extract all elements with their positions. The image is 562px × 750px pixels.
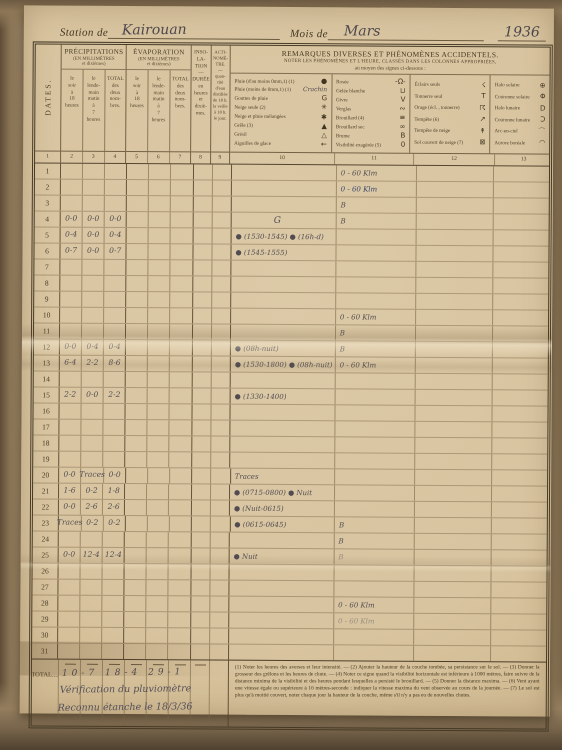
cell-ins [193,308,212,323]
legend-item-symbol-icon: ⌒ [538,128,545,135]
cell-r12 [415,390,493,405]
month-label: Mois de [290,28,328,40]
cell-p3 [104,404,126,419]
cell-r13 [493,390,548,405]
legend-item: Arc-en-ciel⌒ [494,128,545,135]
cell-p3: 8-6 [104,356,126,371]
handwritten-entry: 0-0 [64,342,76,351]
cell-p2 [82,404,104,419]
date-number: 4 [35,211,61,226]
cell-r12 [415,518,493,533]
handwritten-entry: 0 - 60 Klm [340,361,377,369]
total-cell [210,661,229,727]
precip-col3-header: TOTAL des deux nom- bres. [105,70,126,151]
date-number-text: 25 [41,550,49,559]
cell-r13 [493,406,548,421]
cell-p1: 1-6 [59,484,81,499]
handwritten-entry: 2-2 [64,390,76,399]
precip-title: PRÉCIPITATIONS [62,45,126,56]
handwritten-entry: 0-0 [109,470,121,479]
cell-r13 [492,550,547,565]
insolation-header: INSO- LA- TION — DURÉE en heures et dixi… [191,45,211,163]
date-number-text: 21 [42,486,50,495]
month-field: Mars [328,23,484,41]
date-number-text: 9 [45,295,49,304]
cell-r11 [336,229,416,244]
cell-p1: 6-4 [60,356,82,371]
cell-e1 [127,260,149,275]
cell-e2 [149,212,171,227]
cell-e3 [169,548,191,563]
date-number-text: 8 [45,279,49,288]
cell-r11: B [337,197,417,212]
cell-p2: 2-2 [82,356,104,371]
handwritten-entry: 0-0 [87,246,99,255]
legend-item-label: Neige et pluie mélangées [234,114,285,120]
legend-item: Éclairs seuls☇ [415,81,486,88]
legend-item-label: Givre [336,97,348,103]
cell-act [210,629,229,644]
cell-e1 [125,580,147,595]
cell-e2 [148,468,170,483]
col-number-3: 3 [83,152,105,163]
cell-r11 [334,645,414,660]
cell-e3 [170,340,192,355]
date-number: 17 [33,419,59,434]
cell-r13 [492,582,547,597]
cell-act [212,261,231,276]
cell-r13 [492,502,547,517]
cell-r12 [415,486,493,501]
date-number: 31 [32,643,58,658]
handwritten-entry: ● (1530-1545) ● (16h-d) [236,232,324,241]
cell-p3 [102,612,124,627]
cell-p3 [104,292,126,307]
cell-r10: ● (1530-1800) ● (08h-nuit) [231,357,336,373]
cell-p1 [60,292,82,307]
cell-r13 [494,166,549,181]
cell-e1 [125,500,147,515]
cell-act [212,357,231,372]
date-number: 15 [34,387,60,402]
cell-r13 [492,486,547,501]
cell-act [212,229,231,244]
cell-r13 [492,598,547,613]
cell-e3 [169,532,191,547]
cell-e2 [147,596,169,611]
cell-r13 [492,566,547,581]
cell-p3 [104,276,126,291]
cell-e1 [125,548,147,563]
legend-item-label: Verglas [336,106,351,112]
date-number-text: 3 [45,199,49,208]
cell-r11 [335,469,415,484]
cell-p3 [105,196,127,211]
cell-e2 [148,308,170,323]
cell-r13 [493,342,548,357]
cell-p1 [58,612,80,627]
cell-r10: G [232,213,337,229]
cell-e3 [170,372,192,387]
date-number: 7 [34,259,60,274]
cell-r11 [334,629,414,644]
cell-p3 [102,644,124,659]
handwritten-entry: ● (1545-1555) [236,248,288,256]
total-values-handwritten: 10-7 18-4 29-1 [62,667,184,678]
cell-ins [192,404,211,419]
legend-item-symbol-icon: 0 [401,142,406,149]
cell-r12 [416,230,494,245]
cell-r11: B [336,325,416,340]
cell-r10 [232,165,337,181]
legend-item: Grésil△ [234,131,327,139]
cell-e2 [147,564,169,579]
legend-item-label: Éclairs seuls [415,82,441,88]
handwritten-entry: 0 - 60 Klm [341,185,378,193]
cell-act [211,533,230,548]
cell-r13 [494,182,549,197]
handwritten-entry: ● (08h-nuit) [235,344,279,352]
cell-r12 [414,550,492,565]
cell-r10 [229,581,334,597]
cell-ins [194,164,213,179]
cell-r13 [493,454,548,469]
legend-item: Tempête (6)↗ [414,116,485,123]
cell-e1 [125,532,147,547]
cell-p2: 0-4 [82,340,104,355]
date-number-text: 18 [42,438,50,447]
cell-act [210,597,229,612]
legend-item-label: Brouillard sec [336,124,365,130]
cell-ins [192,420,211,435]
legend-item: Gelée blanche⊔ [336,87,405,94]
cell-p3: 0-4 [104,340,126,355]
date-number: 19 [33,451,59,466]
station-field: Kairouan [108,22,280,40]
station-label: Station de [60,27,108,39]
precip-subtitle: (EN MILLIMÈTRES et dixièmes) [62,56,126,69]
handwritten-entry: 0-7 [109,246,121,255]
cell-r10 [231,405,336,421]
col-dates-header: DATES. 1 [35,44,62,162]
cell-e3 [171,180,193,195]
legend-column-numbers: 10111213 [230,152,549,166]
cell-p3 [102,628,124,643]
cell-r10 [231,277,336,293]
cell-e1 [126,340,148,355]
date-number-text: 11 [43,327,50,336]
cell-p2: 0-0 [83,212,105,227]
legend-item-label: Pluie (moins de 0mm,1) (1) [234,87,290,93]
cell-p2 [80,596,102,611]
legend-item-symbol-icon: ✳ [321,105,327,112]
cell-p2 [82,372,104,387]
handwritten-entry: Traces [79,470,105,479]
cell-p3: 0-2 [104,516,126,531]
date-number: 16 [33,403,59,418]
cell-r10 [229,613,334,629]
month-value-handwritten: Mars [328,23,397,39]
legend-item-symbol-icon: ∞ [399,124,405,131]
handwritten-entry: ● Nuit [234,552,258,560]
legend-item-symbol-icon: Crachin [303,87,327,93]
cell-r13 [493,326,548,341]
legend-item: Visibilité exagérée (5)0 [336,141,405,148]
cell-r10: ● (1530-1545) ● (16h-d) [232,229,337,245]
legend-item-label: Aurore boréale [494,140,525,146]
col-number-5: 5 [126,152,148,163]
legend-item-label: Halo lunaire [495,105,520,111]
date-number-text: 28 [41,598,49,607]
cell-r10 [231,325,336,341]
cell-ins [192,356,211,371]
cell-r10 [230,453,335,469]
cell-e1 [127,180,149,195]
col-number-12: 12 [414,154,495,165]
cell-r10: ● (1545-1555) [231,245,336,261]
cell-ins [193,276,212,291]
legend-item: Couronne lunaireϽ [495,117,546,124]
cell-e3 [170,420,192,435]
date-number: 8 [34,275,60,290]
cell-p2: 2-6 [81,500,103,515]
cell-p3 [103,564,125,579]
cell-ins [193,180,212,195]
date-number: 3 [35,195,61,210]
evap-col3-header: TOTAL des deux nom- bres. [170,70,191,151]
cell-e2 [149,180,171,195]
year-value-handwritten: 1936 [498,24,546,40]
cell-p3 [103,452,125,467]
cell-r12 [416,278,494,293]
cell-e1 [124,628,146,643]
legend-item-symbol-icon: ← [321,141,327,148]
footnotes-text: (1) Noter les heures des averses et leur… [235,665,540,700]
cell-p3 [104,372,126,387]
cell-e2 [149,260,171,275]
col-number-4: 4 [105,152,126,163]
cell-r13 [494,246,549,261]
cell-r12 [414,582,492,597]
legend-item: Tempête de neige↟ [414,128,485,135]
cell-r12 [415,454,493,469]
date-number: 2 [35,179,61,194]
cell-p1 [59,404,81,419]
legend-item-label: Neige seule (2) [234,105,265,111]
date-number-text: 1 [46,167,50,176]
cell-r12 [416,294,494,309]
cell-p2 [83,164,105,179]
legend-item-symbol-icon: ● [321,78,327,85]
cell-p2: 0-0 [82,388,104,403]
date-number: 14 [34,371,60,386]
cell-r10: ● (1330-1400) [231,389,336,405]
cell-r10 [232,181,337,197]
date-number: 1 [35,163,61,178]
handwritten-entry: 0-4 [65,230,77,239]
cell-ins [191,612,210,627]
legend-item: Aurore boréale◠ [494,140,545,147]
handwritten-entry: 2-6 [108,502,120,511]
cell-e1 [126,308,148,323]
cell-e3 [169,564,191,579]
legend-item-label: Rosée [336,79,348,85]
cell-r11: 0 - 60 Klm [337,165,417,180]
cell-e3 [171,212,193,227]
cell-p2: 0-2 [82,516,104,531]
cell-act [211,453,230,468]
cell-r11: B [336,213,416,228]
cell-e3 [169,484,191,499]
cell-r11: B [335,517,415,532]
cell-e3 [170,324,192,339]
cell-act [210,645,229,660]
date-number-text: 2 [45,183,49,192]
date-number-text: 7 [45,263,49,272]
table-body: 10 - 60 Klm20 - 60 Klm3B40-00-00-0GB50-4… [32,163,549,661]
handwritten-entry: ● (Nuit-0615) [234,504,284,512]
cell-e1 [126,324,148,339]
legend-item-symbol-icon: ▲ [321,123,326,130]
cell-p2 [82,292,104,307]
handwritten-entry: 0-0 [63,470,75,479]
cell-r12 [416,262,494,277]
handwritten-entry: 12-4 [83,550,100,559]
cell-p2: 0-0 [83,244,105,259]
cell-p3 [105,180,127,195]
cell-e1 [126,468,148,483]
cell-p3: 0-4 [105,228,127,243]
cell-e2 [148,324,170,339]
cell-e3 [169,596,191,611]
cell-r13 [493,358,548,373]
cell-act [212,213,231,228]
cell-r10: ● (08h-nuit) [231,341,336,357]
cell-r10: ● Nuit [230,549,335,565]
cell-e1 [127,212,149,227]
cell-r11 [334,565,414,580]
legend-item: Pluie (moins de 0mm,1) (1)Crachin [234,87,327,94]
legend-item: Verglas∾ [336,105,405,112]
handwritten-entry: Traces [235,472,259,480]
legend-item-symbol-icon: T [481,93,485,100]
legend-item: Brouillard (4)≡ [336,114,405,121]
cell-r12 [415,470,493,485]
cell-r13 [494,262,549,277]
date-number-text: 4 [45,215,49,224]
cell-p3 [103,580,125,595]
legend-item: Halo lunaireD [495,105,546,112]
cell-r11: 0 - 60 Klm [336,357,416,372]
legend-item-symbol-icon: V [401,97,406,104]
cell-act [213,181,232,196]
cell-p1: 0-0 [59,500,81,515]
cell-r11: B [334,549,414,564]
cell-r10 [231,293,336,309]
cell-r12 [414,646,492,661]
cell-r10: Traces [231,469,336,485]
cell-r13 [493,438,548,453]
cell-r10: ● (Nuit-0615) [230,501,335,517]
cell-e2 [149,276,171,291]
cell-r13 [493,310,548,325]
handwritten-entry: 0-0 [87,214,99,223]
cell-e3 [171,164,193,179]
cell-ins [192,468,211,483]
handwritten-entry: 0-0 [87,230,99,239]
cell-p1 [58,628,80,643]
cell-r12 [416,246,494,261]
date-number: 23 [33,515,59,530]
legend-item: Pluie (d'au moins 0mm,1) (1)● [235,78,328,86]
cell-r11 [336,245,416,260]
handwritten-entry: B [339,521,344,529]
cell-e1 [126,388,148,403]
cell-p1: 0-0 [59,468,81,483]
date-number-text: 24 [41,534,49,543]
cell-r11 [335,437,415,452]
cell-act [211,421,230,436]
legend-item-symbol-icon: ↟ [480,128,486,135]
legend-item-label: Tempête de neige [414,128,450,134]
evap-col2-header: le lende- main matin à 7 heures [148,70,170,151]
cell-r12 [416,182,494,197]
cell-e2 [147,548,169,563]
cell-ins [192,452,211,467]
cell-ins [191,564,210,579]
cell-p1: Traces [59,516,82,531]
cell-e1 [125,564,147,579]
cell-e1 [127,228,149,243]
cell-ins [193,212,212,227]
cell-r12 [417,166,495,181]
cell-act [212,309,231,324]
cell-r11: 0 - 60 Klm [337,181,417,196]
cell-e1 [125,484,147,499]
handwritten-entry: B [338,553,343,561]
cell-p2: 0-0 [83,228,105,243]
date-number-text: 16 [42,407,50,416]
cell-r11: B [336,341,416,356]
cell-r10: ● (0615-0645) [230,517,335,533]
cell-ins [192,340,211,355]
cell-r11 [335,389,415,404]
cell-p1 [61,196,83,211]
cell-r10 [230,421,335,437]
col-number-11: 11 [335,153,414,164]
evap-subtitle: (EN MILLIMÈTRES et dixièmes) [127,56,191,69]
handwritten-entry: 2-2 [86,358,98,367]
legend-item-label: Couronne lunaire [495,117,531,123]
legend-box-11: Rosée-Ω-Gelée blanche⊔GivreVVerglas∾Brou… [332,74,411,152]
cell-e2 [148,420,170,435]
cell-p1 [60,308,82,323]
handwritten-entry: 0-4 [109,230,121,239]
cell-p2 [82,324,104,339]
cell-act [213,197,232,212]
cell-e1 [127,276,149,291]
legend-item: Tonnerre seulT [414,93,485,100]
cell-p2 [83,196,105,211]
cell-act [210,565,229,580]
date-number: 18 [33,435,59,450]
handwritten-entry: 1-6 [63,486,75,495]
legend-item: Rosée-Ω- [336,78,405,85]
cell-e2 [147,484,169,499]
date-number-text: 12 [43,343,51,352]
date-number-text: 10 [43,311,51,320]
cell-e2 [148,356,170,371]
